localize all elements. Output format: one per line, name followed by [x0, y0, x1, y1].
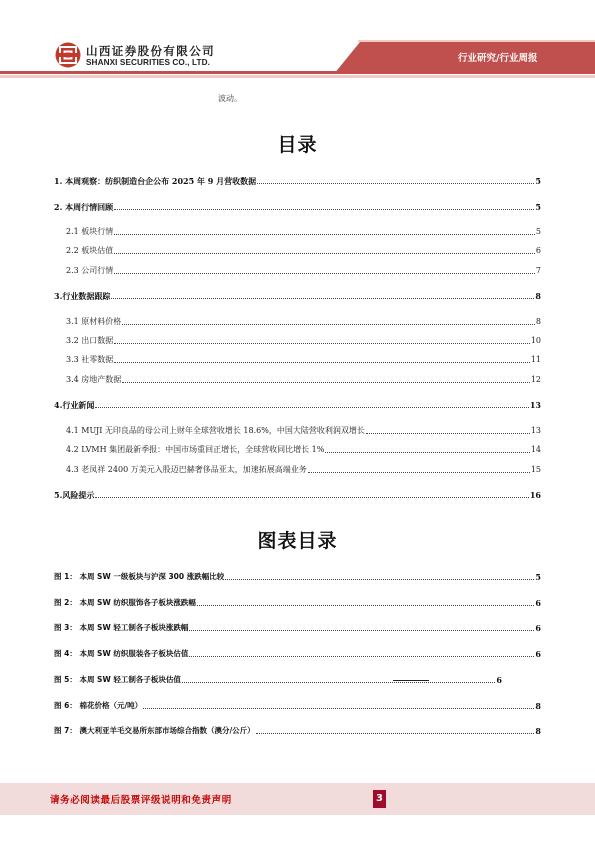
leader-dots — [111, 298, 534, 299]
figure-entry-page: 6 — [496, 675, 502, 685]
toc-entry-page: 5 — [536, 227, 541, 237]
toc-entry-page: 5 — [535, 202, 541, 212]
toc-entry-page: 12 — [531, 375, 541, 385]
figures-title: 图表目录 — [0, 526, 595, 553]
page-number: 3 — [373, 790, 386, 808]
figure-entry-page: 5 — [535, 572, 541, 582]
toc-entry-label: 4.2 LVMH 集团最新季报：中国市场重回正增长，全球营收同比增长 1% — [66, 445, 324, 455]
figure-entry-page: 8 — [535, 726, 541, 736]
leader-dots — [189, 630, 534, 631]
leader-dots — [114, 343, 530, 344]
figure-entry-label: 图 2： 本周 SW 纺织服饰各子板块涨跌幅 — [54, 598, 196, 608]
toc-entry-label: 2.2 板块估值 — [66, 246, 113, 256]
toc-entry-label: 3.1 原材料价格 — [66, 317, 121, 327]
toc-entry-3[interactable]: 3.行业数据跟踪8 — [54, 289, 541, 301]
toc-entry-label: 4.3 老凤祥 2400 万美元入股迈巴赫奢侈品亚太，加速拓展高端业务 — [66, 465, 307, 475]
toc-entry-label: 1. 本周观察：纺织制造台企公布 2025 年 9 月营收数据 — [54, 176, 256, 186]
toc-entry-3-4[interactable]: 3.4 房地产数据12 — [66, 373, 541, 385]
toc-entry-page: 10 — [531, 336, 541, 346]
header-banner-accent — [358, 40, 595, 42]
toc-entry-page: 8 — [535, 291, 541, 301]
figure-entry-7[interactable]: 图 7： 澳大利亚羊毛交易所东部市场综合指数（澳分/公斤）8 — [54, 724, 541, 736]
toc-entry-label: 3.行业数据跟踪 — [54, 291, 110, 301]
leader-dots — [197, 605, 535, 606]
toc-entry-page: 13 — [531, 426, 541, 436]
figure-entry-label: 图 7： 澳大利亚羊毛交易所东部市场综合指数（澳分/公斤） — [54, 726, 255, 736]
leader-dots — [114, 234, 535, 235]
toc-entry-page: 11 — [531, 355, 541, 365]
figure-entry-6[interactable]: 图 6： 棉花价格（元/吨）8 — [54, 699, 541, 711]
leader-dots — [114, 273, 535, 274]
toc-entry-3-2[interactable]: 3.2 出口数据10 — [66, 334, 541, 346]
toc-entry-page: 15 — [531, 465, 541, 475]
leader-dots — [114, 209, 534, 210]
leader-dots — [325, 452, 529, 453]
toc-entry-label: 5.风险提示 — [54, 490, 94, 500]
figure-entry-label: 图 5： 本周 SW 轻工制各子板块估值 — [54, 675, 181, 685]
figure-entry-page: 6 — [535, 623, 541, 633]
toc-entry-page: 8 — [536, 317, 541, 327]
toc-entry-2-2[interactable]: 2.2 板块估值6 — [66, 244, 541, 256]
toc-entry-label: 4.1 MUJI 无印良品的母公司上财年全球营收增长 18.6%，中国大陆营收利… — [66, 426, 365, 436]
leader-dots — [122, 382, 530, 383]
toc-entry-3-3[interactable]: 3.3 社零数据11 — [66, 353, 541, 365]
header-divider — [0, 71, 595, 74]
figure-entry-4[interactable]: 图 4： 本周 SW 纺织服装各子板块估值6 — [54, 647, 541, 659]
leader-dots — [189, 656, 534, 657]
shanxi-securities-logo-icon — [55, 42, 81, 68]
toc-entry-label: 4.行业新闻 — [54, 400, 94, 410]
leader-dots — [143, 708, 534, 709]
figure-entry-2[interactable]: 图 2： 本周 SW 纺织服饰各子板块涨跌幅6 — [54, 596, 541, 608]
lead-text: 波动。 — [218, 93, 242, 104]
figure-entry-label: 图 4： 本周 SW 纺织服装各子板块估值 — [54, 649, 188, 659]
leader-dots — [114, 362, 530, 363]
toc-entry-4-3[interactable]: 4.3 老凤祥 2400 万美元入股迈巴赫奢侈品亚太，加速拓展高端业务15 — [66, 463, 541, 475]
toc-entry-5[interactable]: 5.风险提示16 — [54, 488, 541, 500]
toc-entry-1[interactable]: 1. 本周观察：纺织制造台企公布 2025 年 9 月营收数据5 — [54, 174, 541, 186]
toc-title: 目录 — [0, 130, 595, 157]
toc-entry-page: 6 — [536, 246, 541, 256]
toc-entry-label: 3.3 社零数据 — [66, 355, 113, 365]
leader-dots — [257, 183, 534, 184]
toc-entry-4-1[interactable]: 4.1 MUJI 无印良品的母公司上财年全球营收增长 18.6%，中国大陆营收利… — [66, 424, 541, 436]
toc-entry-page: 5 — [535, 176, 541, 186]
figure-entry-label: 图 6： 棉花价格（元/吨） — [54, 701, 142, 711]
toc-entry-label: 3.4 房地产数据 — [66, 375, 121, 385]
leader-dots — [225, 579, 534, 580]
figure-entry-page: 6 — [535, 598, 541, 608]
toc-entry-page: 14 — [531, 445, 541, 455]
figure-entry-page: 8 — [535, 701, 541, 711]
toc-entry-label: 2.1 板块行情 — [66, 227, 113, 237]
leader-dots — [308, 472, 530, 473]
toc-entry-page: 7 — [536, 266, 541, 276]
leader-dots — [182, 682, 496, 683]
header-divider-light — [0, 75, 595, 78]
figure-entry-page: 6 — [535, 649, 541, 659]
leader-dots — [122, 324, 535, 325]
leader-dots — [95, 497, 529, 498]
figure-entry-label: 图 1： 本周 SW 一级板块与沪深 300 涨跌幅比较 — [54, 572, 224, 582]
figure-entry-5[interactable]: 图 5： 本周 SW 轻工制各子板块估值6 — [54, 673, 502, 685]
toc-entry-label: 3.2 出口数据 — [66, 336, 113, 346]
toc-entry-page: 16 — [530, 490, 541, 500]
toc-entry-label: 2. 本周行情回顾 — [54, 202, 113, 212]
company-name-en: SHANXI SECURITIES CO., LTD. — [86, 58, 210, 67]
company-name-cn: 山西证券股份有限公司 — [86, 43, 215, 59]
toc-entry-2-1[interactable]: 2.1 板块行情5 — [66, 225, 541, 237]
leader-dots — [114, 253, 535, 254]
leader-dots — [366, 433, 530, 434]
leader-dots — [256, 733, 535, 734]
stray-dash-mark — [393, 680, 429, 681]
leader-dots — [95, 407, 529, 408]
figure-entry-3[interactable]: 图 3： 本周 SW 轻工制各子板块涨跌幅6 — [54, 621, 541, 633]
disclaimer-notice: 请务必阅读最后股票评级说明和免责声明 — [50, 792, 232, 806]
toc-entry-2-3[interactable]: 2.3 公司行情7 — [66, 264, 541, 276]
report-section-label: 行业研究/行业周报 — [458, 50, 537, 64]
figure-entry-1[interactable]: 图 1： 本周 SW 一级板块与沪深 300 涨跌幅比较5 — [54, 570, 541, 582]
page-footer: 请务必阅读最后股票评级说明和免责声明 3 — [0, 783, 595, 815]
toc-entry-label: 2.3 公司行情 — [66, 266, 113, 276]
toc-entry-4-2[interactable]: 4.2 LVMH 集团最新季报：中国市场重回正增长，全球营收同比增长 1%14 — [66, 443, 541, 455]
toc-entry-2[interactable]: 2. 本周行情回顾5 — [54, 200, 541, 212]
toc-entry-3-1[interactable]: 3.1 原材料价格8 — [66, 315, 541, 327]
figure-entry-label: 图 3： 本周 SW 轻工制各子板块涨跌幅 — [54, 623, 188, 633]
toc-entry-4[interactable]: 4.行业新闻13 — [54, 398, 541, 410]
page-header: 山西证券股份有限公司 SHANXI SECURITIES CO., LTD. 行… — [0, 0, 595, 82]
toc-entry-page: 13 — [530, 400, 541, 410]
